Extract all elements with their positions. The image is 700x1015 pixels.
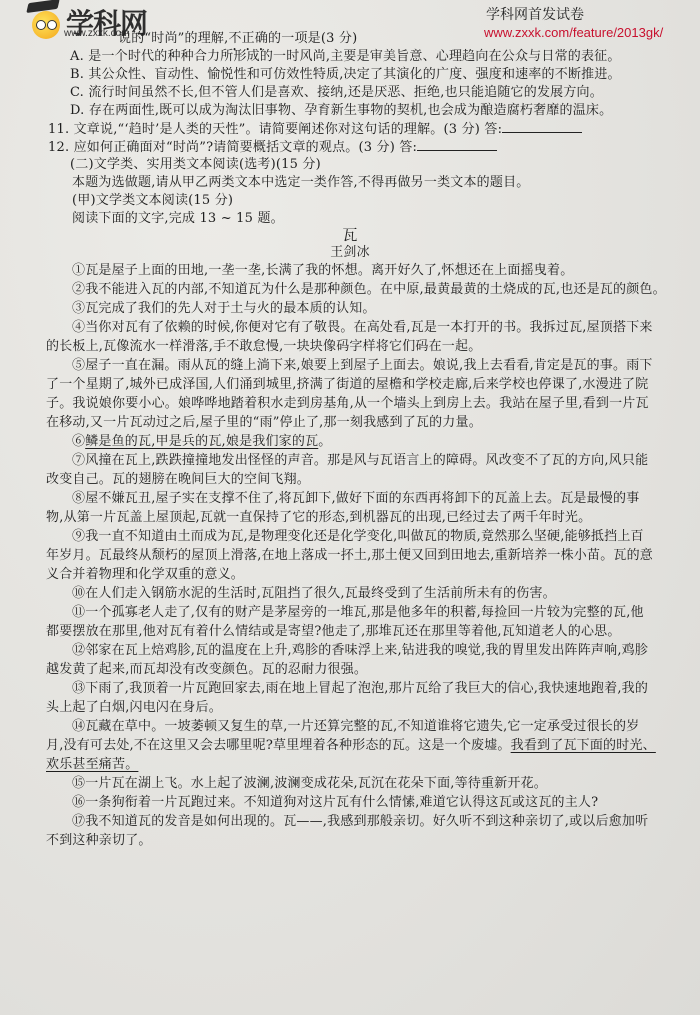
q12-question: 12. 应如何正确面对“时尚”?请简要概括文章的观点。(3 分) 答:: [48, 138, 497, 157]
section-instruction: 本题为选做题,请从甲乙两类文本中选定一类作答,不得再做另一类文本的题目。: [72, 174, 529, 192]
header-right: 学科网首发试卷 www.zxxk.com/feature/2013gk/: [484, 4, 663, 40]
q10-option-c: C. 流行时间虽然不长,但不管人们是喜欢、接纳,还是厌恶、拒绝,也只能追随它的发…: [70, 84, 603, 102]
paragraph-14-cont-2: 欢乐甚至痛苦。: [46, 756, 138, 774]
q11-question: 11. 文章说,“‘趋时’是人类的天性”。请简要阐述你对这句话的理解。(3 分)…: [48, 120, 582, 139]
q10-option-d: D. 存在两面性,既可以成为淘汰旧事物、孕育新生事物的契机,也会成为酿造腐朽奢靡…: [70, 102, 612, 120]
paragraph-14-cont-1: 月,没有可去处,不在这里又会去哪里呢?草里埋着各种形态的瓦。这是一个废墟。我看到…: [46, 737, 656, 755]
paragraph-12-cont: 越发黄了起来,而瓦却没有改变颜色。瓦的忍耐力很强。: [46, 661, 367, 679]
paragraph-1: ①瓦是屋子上面的田地,一垄一垄,长满了我的怀想。离开好久了,怀想还在上面摇曳着。: [72, 262, 573, 280]
q12-answer-blank[interactable]: [417, 138, 497, 151]
paragraph-5: ⑤屋子一直在漏。雨从瓦的缝上淌下来,娘要上到屋子上面去。娘说,我上去看看,肯定是…: [72, 357, 653, 375]
article-author: 王剑冰: [0, 244, 700, 262]
paragraph-13-cont: 头上起了白烟,闪电闪在身后。: [46, 699, 222, 717]
q10-option-a: A. 是一个时代的种种合力所形成的一时风尚,主要是审美旨意、心理趋向在公众与日常…: [70, 48, 621, 66]
header-url[interactable]: www.zxxk.com/feature/2013gk/: [484, 25, 663, 40]
section-sub-heading: (甲)文学类文本阅读(15 分): [72, 192, 233, 210]
paragraph-5-cont-2: 子。我说娘你要小心。娘哗哗地踏着积水走到房基角,从一个墙头上到房上去。我站在屋子…: [46, 395, 649, 413]
header-title: 学科网首发试卷: [486, 4, 663, 24]
paragraph-15: ⑮一片瓦在湖上飞。水上起了波澜,波澜变成花朵,瓦沉在花朵下面,等待重新开花。: [72, 775, 547, 793]
paragraph-5-cont-3: 在移动,又一片瓦动过之后,屋子里的“雨”停止了,那一刻我感到了瓦的力量。: [46, 414, 482, 432]
exam-page: 学科网 www.zxxk.com 学科网首发试卷 www.zxxk.com/fe…: [0, 0, 700, 1015]
paragraph-17-cont: 不到这种亲切了。: [46, 832, 152, 850]
paragraph-13: ⑬下雨了,我顶着一片瓦跑回家去,雨在地上冒起了泡泡,那片瓦给了我巨大的信心,我快…: [72, 680, 648, 698]
paragraph-17: ⑰我不知道瓦的发音是如何出现的。瓦——,我感到那般亲切。好久听不到这种亲切了,或…: [72, 813, 648, 831]
paragraph-4-cont: 的长板上,瓦像流水一样滑落,手不敢怠慢,一块块像码字样将它们码在一起。: [46, 338, 481, 356]
paragraph-11-cont: 都要摆放在那里,他对瓦有着什么情结或是寄望?他走了,那堆瓦还在那里等着他,瓦知道…: [46, 623, 621, 641]
paragraph-7: ⑦风撞在瓦上,跌跌撞撞地发出怪怪的声音。那是风与瓦语言上的障碍。风改变不了瓦的方…: [72, 452, 648, 470]
paragraph-2: ②我不能进入瓦的内部,不知道瓦为什么是那种颜色。在中原,最黄最黄的土烧成的瓦,也…: [72, 281, 666, 299]
paragraph-9-cont-1: 年岁月。瓦最终从颓朽的屋顶上滑落,在地上落成一抔土,那土便又回到田地去,重新培养…: [46, 547, 653, 565]
paragraph-9-cont-2: 义合并着物理和化学双重的意义。: [46, 566, 244, 584]
paragraph-8-cont: 物,从第一片瓦盖上屋顶起,瓦就一直保持了它的形态,到机器瓦的出现,已经过去了两千…: [46, 509, 591, 527]
q10-option-b: B. 其公众性、盲动性、愉悦性和可仿效性特质,决定了其演化的广度、强度和速率的不…: [70, 66, 621, 84]
paragraph-7-cont: 改变自己。瓦的翅膀在晚间巨大的空间飞翔。: [46, 471, 310, 489]
q11-answer-blank[interactable]: [502, 120, 582, 133]
mascot-icon: [32, 11, 60, 39]
paragraph-6: ⑥鳞是鱼的瓦,甲是兵的瓦,娘是我们家的瓦。: [72, 433, 331, 451]
section-heading: (二)文学类、实用类文本阅读(选考)(15 分): [70, 156, 321, 174]
paragraph-5-cont-1: 了一个星期了,城外已成泽国,人们涌到城里,挤满了街道的屋檐和学校走廊,后来学校也…: [46, 376, 648, 394]
paragraph-3: ③瓦完成了我们的先人对于土与火的最本质的认知。: [72, 300, 376, 318]
paragraph-9: ⑨我一直不知道由土而成为瓦,是物理变化还是化学变化,叫做瓦的物质,竟然那么坚硬,…: [72, 528, 644, 546]
paragraph-14: ⑭瓦藏在草中。一坡萎顿又复生的草,一片还算完整的瓦,不知道谁将它遗失,它一定承受…: [72, 718, 639, 736]
paragraph-4: ④当你对瓦有了依赖的时候,你便对它有了敬畏。在高处看,瓦是一本打开的书。我拆过瓦…: [72, 319, 653, 337]
paragraph-12: ⑫邻家在瓦上焙鸡胗,瓦的温度在上升,鸡胗的香味浮上来,钻进我的嗅觉,我的胃里发出…: [72, 642, 648, 660]
paragraph-11: ⑪一个孤寡老人走了,仅有的财产是茅屋旁的一堆瓦,那是他多年的积蓄,每捡回一片较为…: [72, 604, 644, 622]
paragraph-10: ⑩在人们走入钢筋水泥的生活时,瓦阻挡了很久,瓦最终受到了生活前所未有的伤害。: [72, 585, 556, 603]
paragraph-16: ⑯一条狗衔着一片瓦跑过来。不知道狗对这片瓦有什么情愫,难道它认得这瓦或这瓦的主人…: [72, 794, 598, 812]
article-title: 瓦: [0, 226, 700, 244]
paragraph-8: ⑧屋不嫌瓦丑,屋子实在支撑不住了,将瓦卸下,做好下面的东西再将卸下的瓦盖上去。瓦…: [72, 490, 639, 508]
